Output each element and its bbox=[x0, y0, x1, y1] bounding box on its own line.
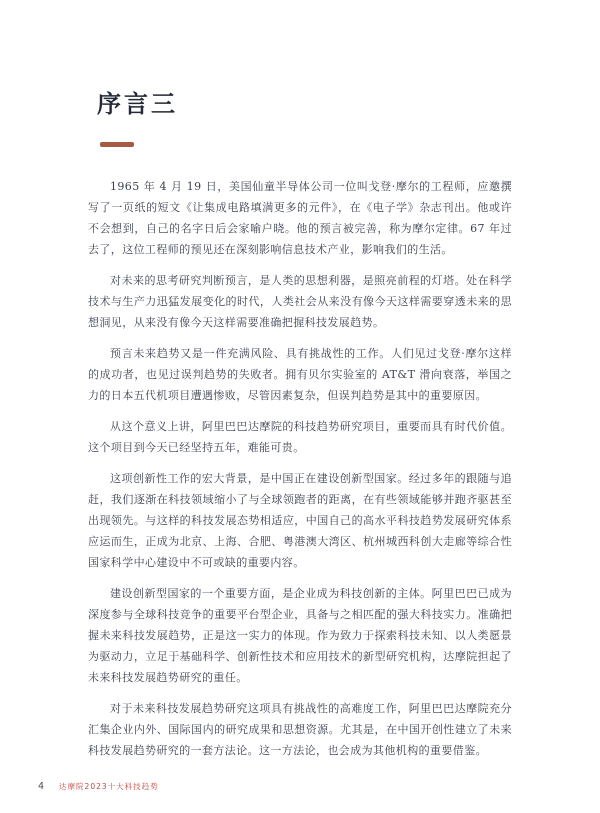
preface-paragraph: 从这个意义上讲，阿里巴巴达摩院的科技趋势研究项目，重要而具有时代价值。这个项目到… bbox=[88, 416, 512, 458]
preface-paragraph: 建设创新型国家的一个重要方面，是企业成为科技创新的主体。阿里巴巴已成为深度参与全… bbox=[88, 583, 512, 688]
preface-paragraph: 1965 年 4 月 19 日，美国仙童半导体公司一位叫戈登·摩尔的工程师，应邀… bbox=[88, 176, 512, 260]
title-accent-dash bbox=[100, 142, 134, 147]
page-title: 序言三 bbox=[97, 84, 178, 119]
preface-page: 序言三 1965 年 4 月 19 日，美国仙童半导体公司一位叫戈登·摩尔的工程… bbox=[0, 0, 600, 813]
preface-paragraph: 对于未来科技发展趋势研究这项具有挑战性的高难度工作，阿里巴巴达摩院充分汇集企业内… bbox=[88, 698, 512, 761]
preface-paragraph: 这项创新性工作的宏大背景，是中国正在建设创新型国家。经过多年的跟随与追赶，我们逐… bbox=[88, 468, 512, 573]
preface-paragraph: 预言未来趋势又是一件充满风险、具有挑战性的工作。人们见过戈登·摩尔这样的成功者，… bbox=[88, 343, 512, 406]
page-footer: 4 达摩院2023十大科技趋势 bbox=[38, 781, 159, 792]
preface-body: 1965 年 4 月 19 日，美国仙童半导体公司一位叫戈登·摩尔的工程师，应邀… bbox=[88, 176, 512, 771]
page-number: 4 bbox=[38, 781, 44, 792]
footer-booklet-title: 达摩院2023十大科技趋势 bbox=[59, 781, 159, 792]
preface-paragraph: 对未来的思考研究判断预言，是人类的思想利器，是照亮前程的灯塔。处在科学技术与生产… bbox=[88, 270, 512, 333]
